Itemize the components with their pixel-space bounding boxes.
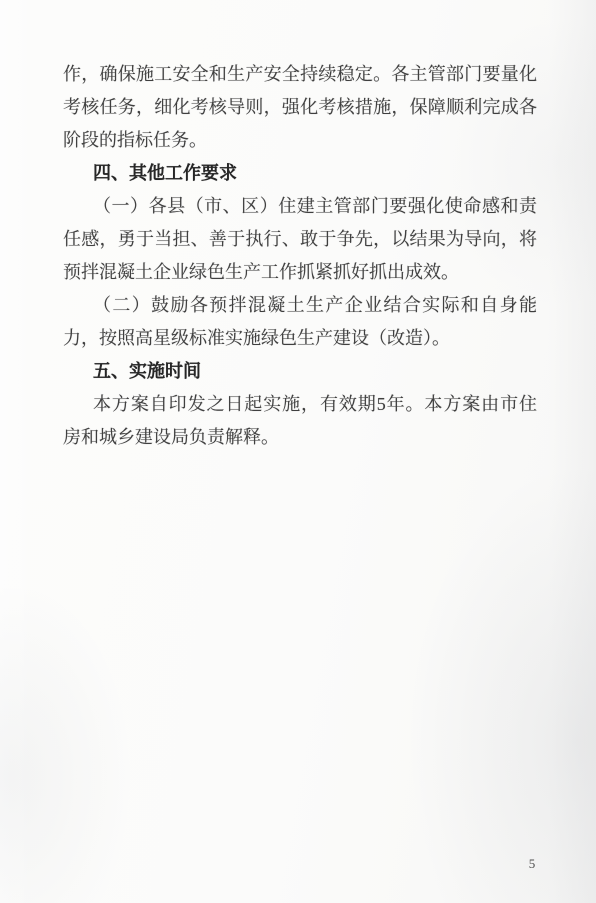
body-line: 作，确保施工安全和生产安全持续稳定。各主管部门要量化 (63, 58, 537, 91)
page-number: 5 (522, 855, 542, 873)
body-line: 房和城乡建设局负责解释。 (63, 421, 537, 454)
body-line: 力，按照高星级标准实施绿色生产建设（改造）。 (63, 322, 537, 355)
body-line: 阶段的指标任务。 (63, 124, 537, 157)
section-heading-other-requirements: 四、其他工作要求 (63, 157, 537, 190)
body-line: 任感，勇于当担、善于执行、敢于争先，以结果为导向，将 (63, 223, 537, 256)
text-content: 作，确保施工安全和生产安全持续稳定。各主管部门要量化 考核任务，细化考核导则，强… (63, 58, 537, 454)
body-line: 考核任务，细化考核导则，强化考核措施，保障顺利完成各 (63, 91, 537, 124)
body-line: 本方案自印发之日起实施，有效期5年。本方案由市住 (63, 388, 537, 421)
body-line: （二）鼓励各预拌混凝土生产企业结合实际和自身能 (63, 289, 537, 322)
body-line: （一）各县（市、区）住建主管部门要强化使命感和责 (63, 190, 537, 223)
section-heading-implementation-time: 五、实施时间 (63, 355, 537, 388)
document-page: 作，确保施工安全和生产安全持续稳定。各主管部门要量化 考核任务，细化考核导则，强… (0, 0, 596, 903)
body-line: 预拌混凝土企业绿色生产工作抓紧抓好抓出成效。 (63, 256, 537, 289)
